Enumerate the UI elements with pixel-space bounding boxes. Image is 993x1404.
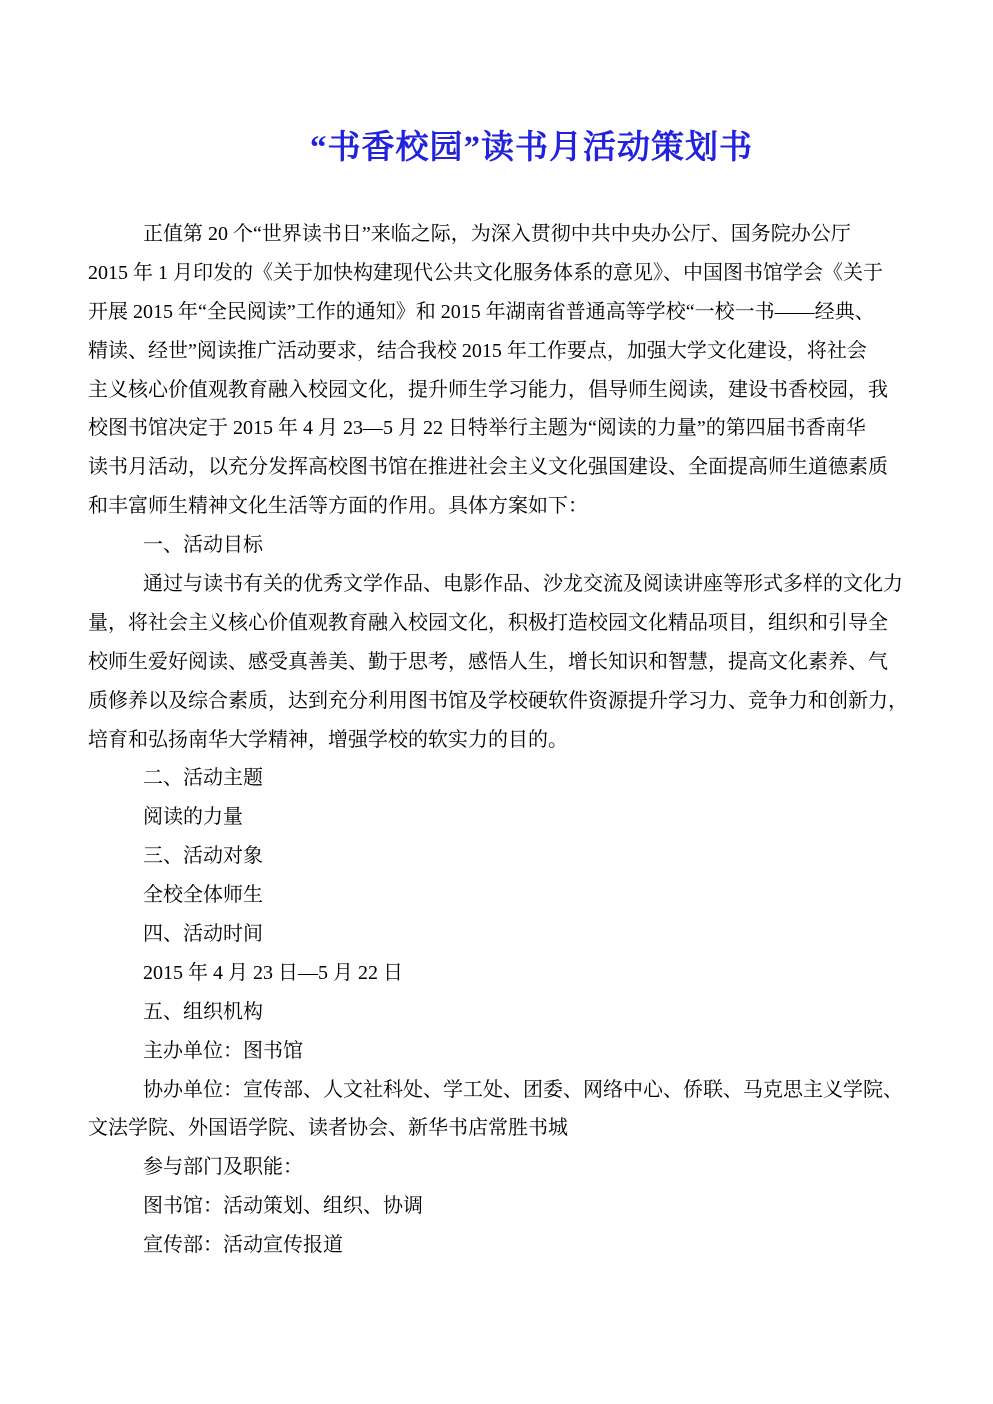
paragraph-line: 量，将社会主义核心价值观教育融入校园文化，积极打造校园文化精品项目，组织和引导全 [88,604,907,643]
document-title: “书香校园”读书月活动策划书 [0,0,993,170]
paragraph-line: 读书月活动，以充分发挥高校图书馆在推进社会主义文化强国建设、全面提高师生道德素质 [88,448,907,487]
paragraph-line: 2015 年 4 月 23 日—5 月 22 日 [88,954,907,993]
paragraph-line: 宣传部：活动宣传报道 [88,1226,907,1265]
section-heading-2: 二、活动主题 [88,759,907,798]
section-heading-1: 一、活动目标 [88,526,907,565]
paragraph-line: 文法学院、外国语学院、读者协会、新华书店常胜书城 [88,1109,907,1148]
paragraph-line: 主办单位：图书馆 [88,1032,907,1071]
paragraph-line: 校图书馆决定于 2015 年 4 月 23—5 月 22 日特举行主题为“阅读的… [88,409,907,448]
paragraph-line: 校师生爱好阅读、感受真善美、勤于思考，感悟人生，增长知识和智慧，提高文化素养、气 [88,643,907,682]
paragraph-line: 质修养以及综合素质，达到充分利用图书馆及学校硬软件资源提升学习力、竞争力和创新力… [88,682,907,721]
paragraph-line: 2015 年 1 月印发的《关于加快构建现代公共文化服务体系的意见》、中国图书馆… [88,254,907,293]
paragraph-line: 正值第 20 个“世界读书日”来临之际，为深入贯彻中共中央办公厅、国务院办公厅 [88,215,907,254]
paragraph-line: 全校全体师生 [88,876,907,915]
paragraph-line: 精读、经世”阅读推广活动要求，结合我校 2015 年工作要点，加强大学文化建设，… [88,332,907,371]
document-body: 正值第 20 个“世界读书日”来临之际，为深入贯彻中共中央办公厅、国务院办公厅 … [88,215,907,1265]
paragraph-line: 和丰富师生精神文化生活等方面的作用。具体方案如下： [88,487,907,526]
paragraph-line: 开展 2015 年“全民阅读”工作的通知》和 2015 年湖南省普通高等学校“一… [88,293,907,332]
paragraph-line: 参与部门及职能： [88,1148,907,1187]
paragraph-line: 主义核心价值观教育融入校园文化，提升师生学习能力，倡导师生阅读，建设书香校园，我 [88,371,907,410]
paragraph-line: 图书馆：活动策划、组织、协调 [88,1187,907,1226]
document-page: “书香校园”读书月活动策划书 正值第 20 个“世界读书日”来临之际，为深入贯彻… [0,0,993,1404]
paragraph-line: 通过与读书有关的优秀文学作品、电影作品、沙龙交流及阅读讲座等形式多样的文化力 [88,565,907,604]
paragraph-line: 协办单位：宣传部、人文社科处、学工处、团委、网络中心、侨联、马克思主义学院、 [88,1071,907,1110]
section-heading-5: 五、组织机构 [88,993,907,1032]
paragraph-line: 培育和弘扬南华大学精神，增强学校的软实力的目的。 [88,721,907,760]
section-heading-3: 三、活动对象 [88,837,907,876]
paragraph-line: 阅读的力量 [88,798,907,837]
section-heading-4: 四、活动时间 [88,915,907,954]
